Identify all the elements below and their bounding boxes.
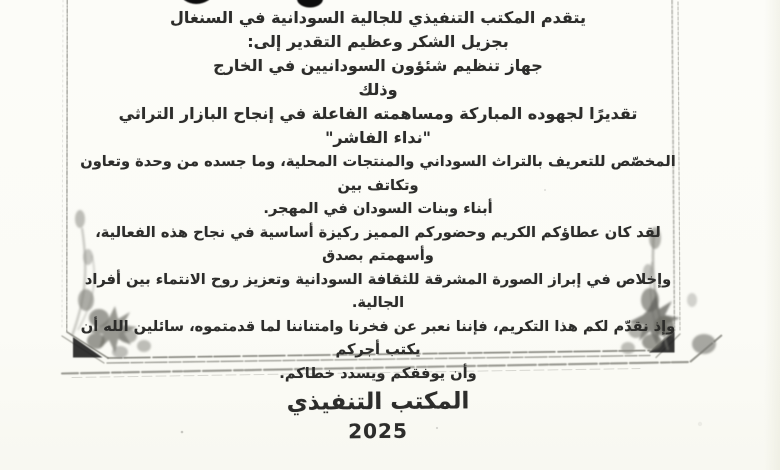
certificate-line: لقد كان عطاؤكم الكريم وحضوركم المميز ركي… xyxy=(72,221,684,268)
certificate-line: جهاز تنظيم شئؤون السودانيين في الخارج xyxy=(72,54,684,78)
certificate-line: أبناء وبنات السودان في المهجر. xyxy=(72,197,684,221)
certificate-line: وأن يوفقكم ويسدد خطاكم. xyxy=(72,362,684,386)
certificate-text-block: يتقدم المكتب التنفيذي للجالية السودانية … xyxy=(72,6,684,444)
certificate-line: وذلك xyxy=(72,78,684,102)
certificate-line: تقديرًا لجهوده المباركة ومساهمته الفاعلة… xyxy=(72,102,684,126)
certificate-line: بجزيل الشكر وعظيم التقدير إلى: xyxy=(72,30,684,54)
certificate-line: وإخلاص في إبراز الصورة المشرقة للثقافة ا… xyxy=(72,268,684,315)
signature-year: 2025 xyxy=(72,416,684,446)
scanned-certificate-page: يتقدم المكتب التنفيذي للجالية السودانية … xyxy=(0,0,780,470)
signature-office: المكتب التنفيذي xyxy=(72,385,684,420)
certificate-line: وإذ نقدّم لكم هذا التكريم، فإننا نعبر عن… xyxy=(72,315,684,362)
certificate-line: "نداء الفاشر" xyxy=(72,126,684,150)
page-edge-shadow xyxy=(764,0,780,470)
certificate-line: المخصّص للتعريف بالتراث السوداني والمنتج… xyxy=(72,150,684,197)
certificate-line: يتقدم المكتب التنفيذي للجالية السودانية … xyxy=(72,6,684,30)
